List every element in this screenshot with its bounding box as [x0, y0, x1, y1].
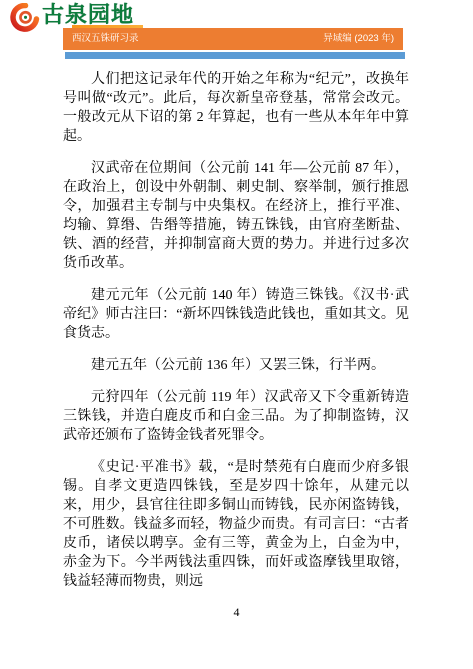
paragraph: 建元元年（公元前 140 年）铸造三铢钱。《汉书·武帝纪》师古注曰：“新坏四铢钱…: [63, 286, 409, 343]
paragraph: 《史记·平准书》载，“是时禁苑有白鹿而少府多银锡。自孝文更造四铢钱，至是岁四十馀…: [63, 458, 409, 591]
paragraph: 人们把这记录年代的开始之年称为“纪元”，改换年号叫做“改元”。此后，每次新皇帝登…: [63, 70, 409, 146]
paragraph: 建元五年（公元前 136 年）又罢三铢，行半两。: [63, 356, 409, 375]
document-title-bar: 西汉五铢研习录 异域编 (2023 年): [63, 28, 403, 50]
paragraph: 汉武帝在位期间（公元前 141 年—公元前 87 年），在政治上，创设中外朝制、…: [63, 159, 409, 273]
paragraph: 元狩四年（公元前 119 年）汉武帝又下令重新铸造三铢钱，并造白鹿皮币和白金三品…: [63, 388, 409, 445]
document-edition: 异域编 (2023 年): [323, 28, 394, 50]
document-title: 西汉五铢研习录: [72, 28, 139, 50]
coin-swirl-icon: [6, 3, 40, 35]
document-body: 人们把这记录年代的开始之年称为“纪元”，改换年号叫做“改元”。此后，每次新皇帝登…: [63, 70, 409, 604]
page-number: 4: [0, 605, 473, 620]
page: { "header": { "logo_text": "古泉园地", "logo…: [0, 0, 473, 669]
title-bar-accent-strip: [65, 52, 405, 59]
